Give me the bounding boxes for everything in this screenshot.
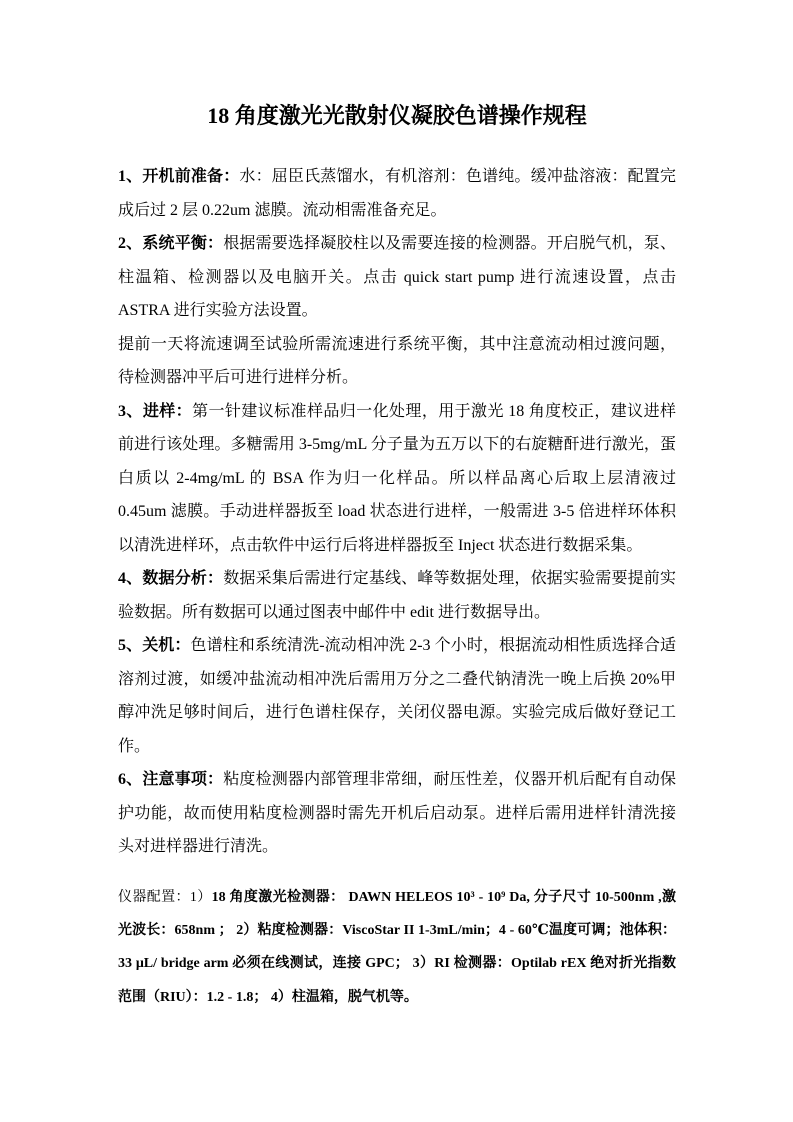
text-segment: 仪器配置：1）	[118, 890, 212, 905]
document-content: 18 角度激光光散射仪凝胶色谱操作规程 1、开机前准备：水：屈臣氏蒸馏水，有机溶…	[118, 100, 676, 1014]
text-segment: 色谱柱和系统清洗-流动相冲洗 2-3 个小时，根据流动相性质选择合适溶剂过渡，如…	[118, 637, 676, 755]
document-body: 1、开机前准备：水：屈臣氏蒸馏水，有机溶剂：色谱纯。缓冲盐溶液：配置完成后过 2…	[118, 160, 676, 864]
bold-text-segment: 1、开机前准备：	[118, 168, 239, 185]
document-page: 18 角度激光光散射仪凝胶色谱操作规程 1、开机前准备：水：屈臣氏蒸馏水，有机溶…	[0, 0, 793, 1122]
paragraph-sample-injection: 3、进样：第一针建议标准样品归一化处理，用于激光 18 角度校正，建议进样前进行…	[118, 395, 676, 563]
document-title: 18 角度激光光散射仪凝胶色谱操作规程	[118, 100, 676, 132]
bold-text-segment: 3、进样：	[118, 403, 192, 420]
paragraph-precautions: 6、注意事项：粘度检测器内部管理非常细，耐压性差，仪器开机后配有自动保护功能，故…	[118, 763, 676, 864]
instrument-configuration: 仪器配置：1）18 角度激光检测器： DAWN HELEOS 10³ - 10⁹…	[118, 881, 676, 1015]
paragraph-shutdown: 5、关机：色谱柱和系统清洗-流动相冲洗 2-3 个小时，根据流动相性质选择合适溶…	[118, 629, 676, 763]
bold-text-segment: 6、注意事项：	[118, 771, 223, 788]
paragraph-system-equilibration: 2、系统平衡：根据需要选择凝胶柱以及需要连接的检测器。开启脱气机，泵、柱温箱、检…	[118, 227, 676, 328]
bold-text-segment: 2、系统平衡：	[118, 235, 223, 252]
paragraph-startup-preparation: 1、开机前准备：水：屈臣氏蒸馏水，有机溶剂：色谱纯。缓冲盐溶液：配置完成后过 2…	[118, 160, 676, 227]
bold-text-segment: 5、关机：	[118, 637, 190, 654]
paragraph-flow-rate-note: 提前一天将流速调至试验所需流速进行系统平衡，其中注意流动相过渡问题，待检测器冲平…	[118, 328, 676, 395]
paragraph-data-analysis: 4、数据分析：数据采集后需进行定基线、峰等数据处理，依据实验需要提前实验数据。所…	[118, 562, 676, 629]
bold-text-segment: 18 角度激光检测器： DAWN HELEOS 10³ - 10⁹ Da, 分子…	[118, 890, 676, 1005]
text-segment: 第一针建议标准样品归一化处理，用于激光 18 角度校正，建议进样前进行该处理。多…	[118, 403, 676, 554]
text-segment: 提前一天将流速调至试验所需流速进行系统平衡，其中注意流动相过渡问题，待检测器冲平…	[118, 336, 676, 387]
bold-text-segment: 4、数据分析：	[118, 570, 223, 587]
